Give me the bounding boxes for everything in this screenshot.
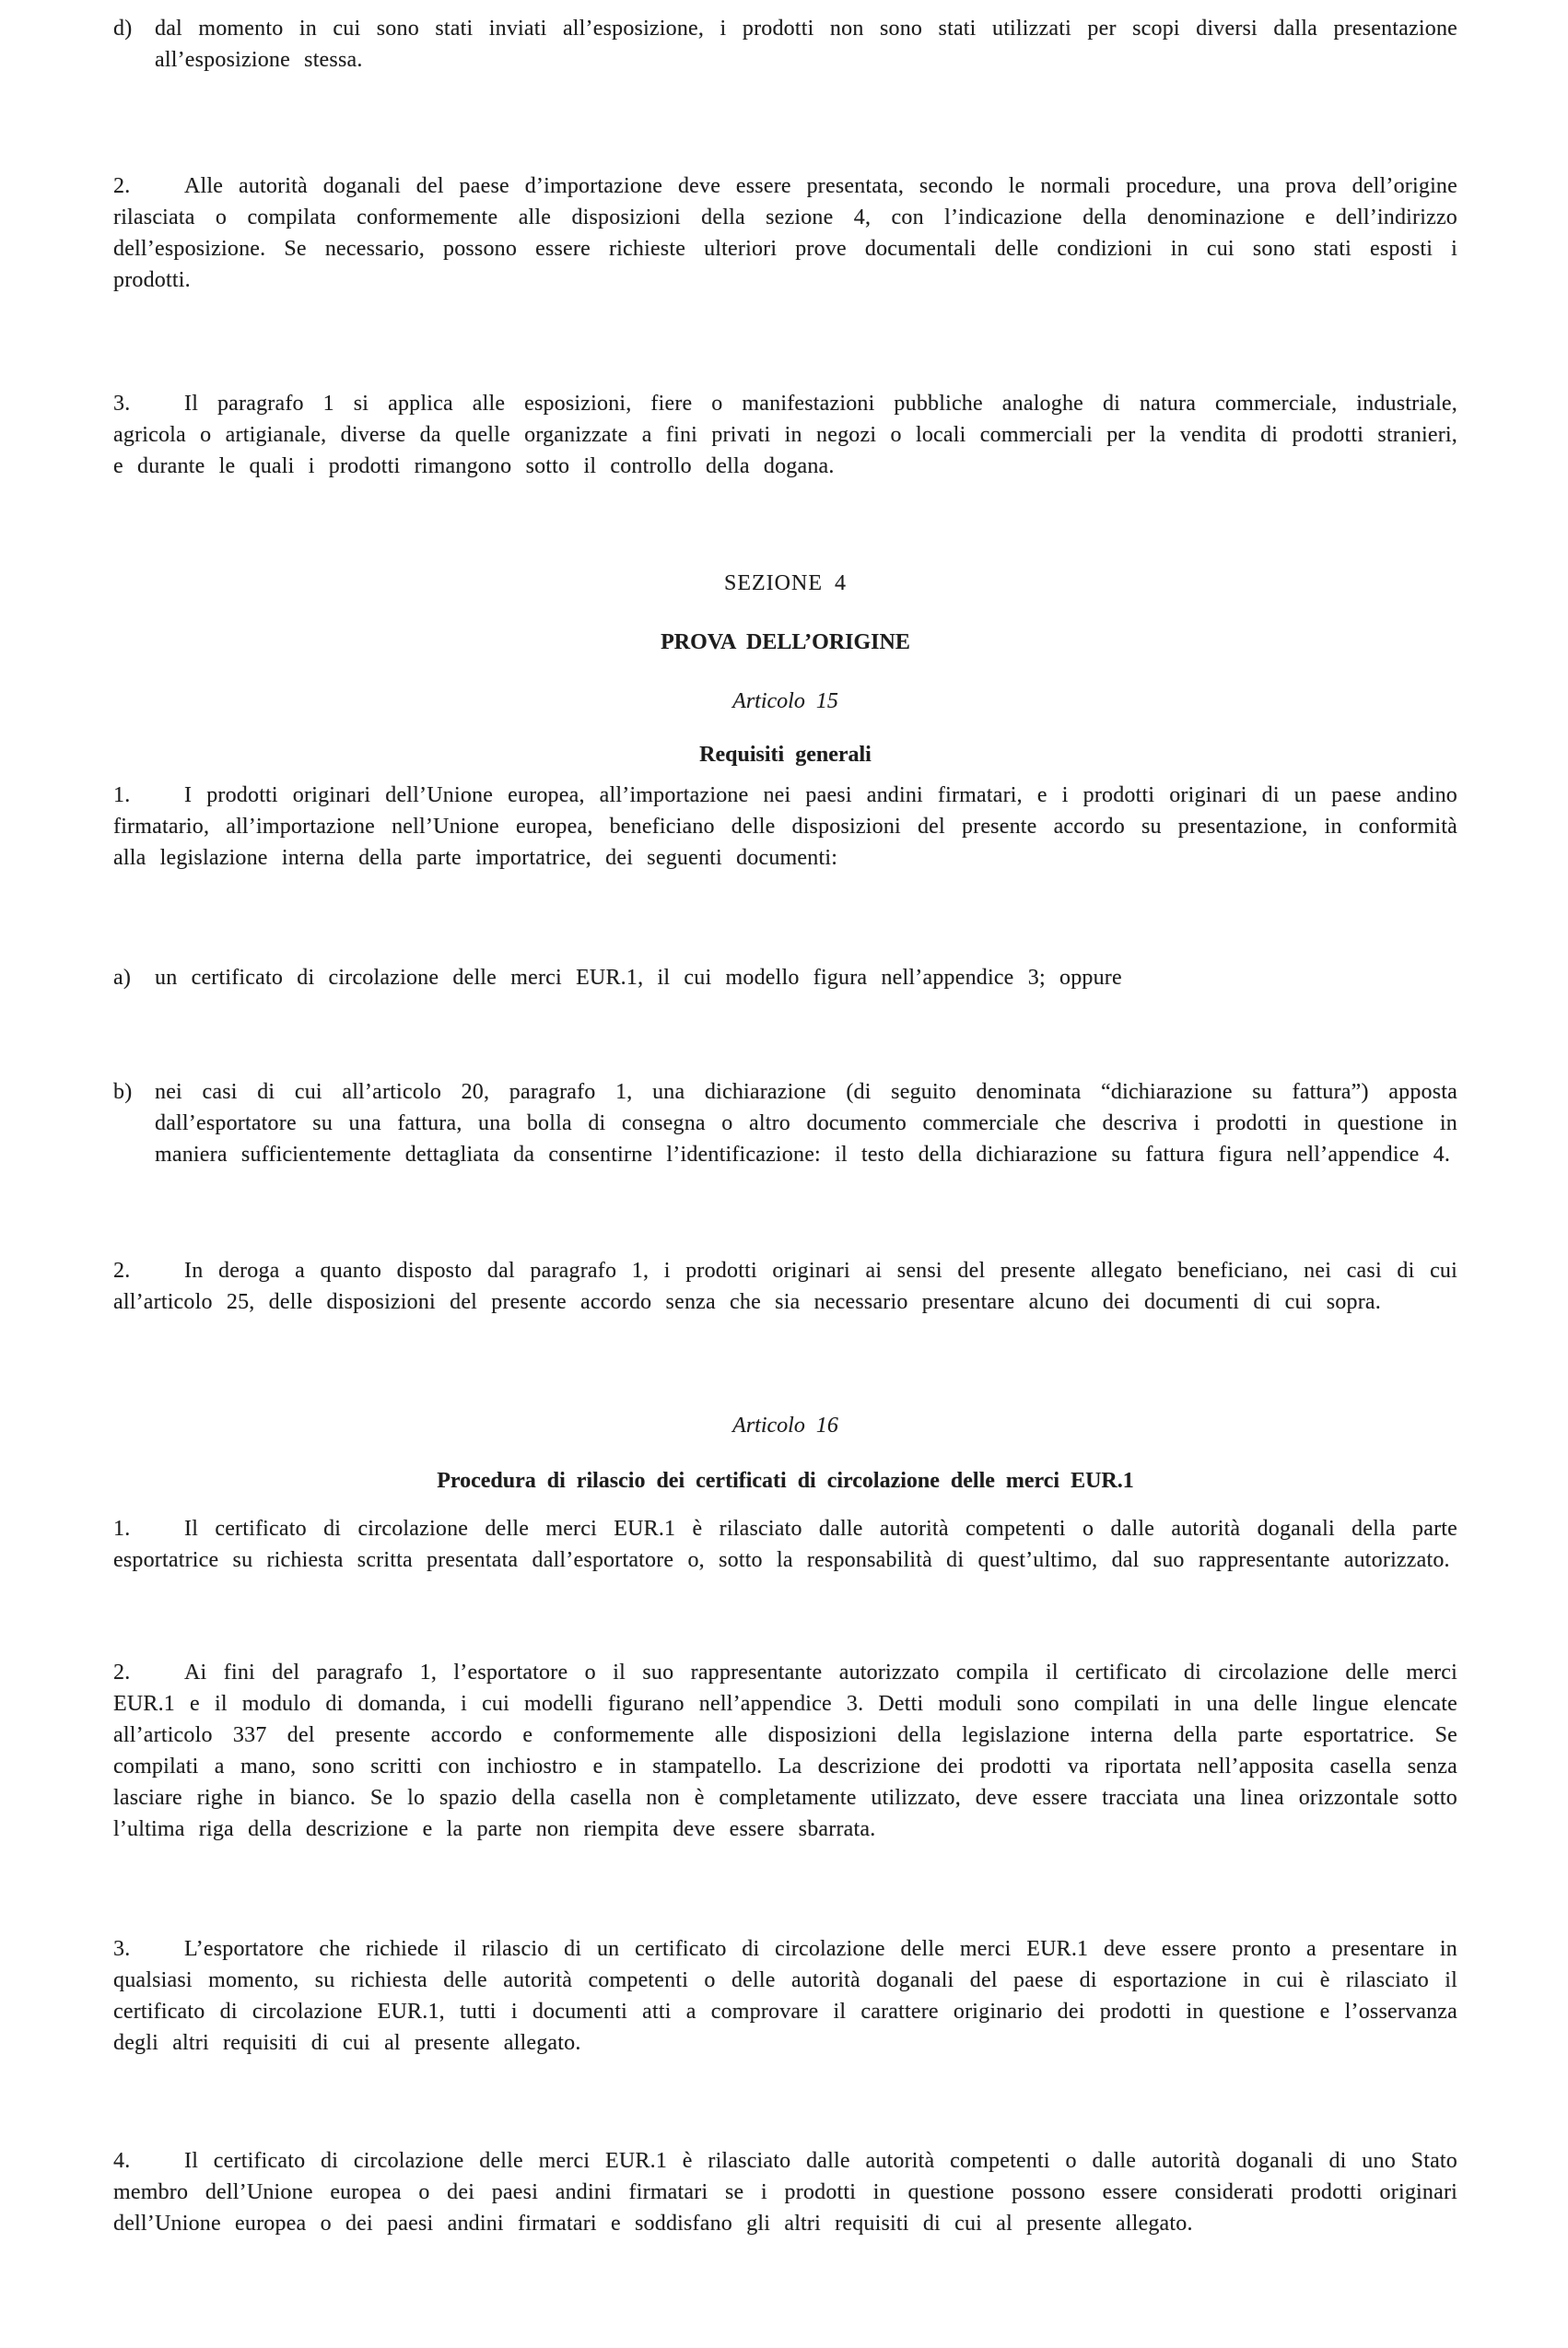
paragraph-text: Il certificato di circolazione delle mer… <box>113 1517 1457 1572</box>
paragraph-number: 2. <box>113 1657 184 1688</box>
paragraph-number: 3. <box>113 388 184 419</box>
paragraph-number: 1. <box>113 1513 184 1544</box>
article-15-title: Requisiti generali <box>113 739 1457 770</box>
paragraph-text: Il certificato di circolazione delle mer… <box>113 2149 1457 2236</box>
list-item-label: d) <box>113 13 155 44</box>
list-item-text: nei casi di cui all’articolo 20, paragra… <box>155 1080 1457 1167</box>
list-item-b: b) nei casi di cui all’articolo 20, para… <box>113 1076 1457 1170</box>
article-16-title: Procedura di rilascio dei certificati di… <box>113 1465 1457 1497</box>
list-item-text: dal momento in cui sono stati inviati al… <box>155 17 1457 72</box>
article-15-paragraph-2: 2.In deroga a quanto disposto dal paragr… <box>113 1255 1457 1318</box>
paragraph-number: 3. <box>113 1933 184 1965</box>
list-item-text: un certificato di circolazione delle mer… <box>155 966 1122 990</box>
paragraph-number: 2. <box>113 170 184 202</box>
paragraph-text: Alle autorità doganali del paese d’impor… <box>113 174 1457 292</box>
paragraph-2: 2.Alle autorità doganali del paese d’imp… <box>113 170 1457 296</box>
article-16-heading: Articolo 16 <box>113 1410 1457 1441</box>
paragraph-text: In deroga a quanto disposto dal paragraf… <box>113 1259 1457 1314</box>
article-15-heading: Articolo 15 <box>113 686 1457 717</box>
document-page: d) dal momento in cui sono stati inviati… <box>0 0 1568 2348</box>
paragraph-3: 3.Il paragrafo 1 si applica alle esposiz… <box>113 388 1457 482</box>
section-title: PROVA DELL’ORIGINE <box>113 627 1457 658</box>
article-16-paragraph-1: 1.Il certificato di circolazione delle m… <box>113 1513 1457 1576</box>
paragraph-number: 1. <box>113 780 184 811</box>
paragraph-text: L’esportatore che richiede il rilascio d… <box>113 1937 1457 2055</box>
paragraph-text: Ai fini del paragrafo 1, l’esportatore o… <box>113 1661 1457 1841</box>
paragraph-number: 4. <box>113 2145 184 2177</box>
list-item-d: d) dal momento in cui sono stati inviati… <box>113 13 1457 76</box>
article-16-paragraph-4: 4.Il certificato di circolazione delle m… <box>113 2145 1457 2239</box>
paragraph-text: I prodotti originari dell’Unione europea… <box>113 783 1457 870</box>
list-item-a: a) un certificato di circolazione delle … <box>113 962 1457 993</box>
article-16-paragraph-2: 2.Ai fini del paragrafo 1, l’esportatore… <box>113 1657 1457 1845</box>
section-kicker: SEZIONE 4 <box>113 568 1457 599</box>
article-15-paragraph-1: 1.I prodotti originari dell’Unione europ… <box>113 780 1457 874</box>
list-item-label: b) <box>113 1076 155 1108</box>
list-item-label: a) <box>113 962 155 993</box>
paragraph-text: Il paragrafo 1 si applica alle esposizio… <box>113 392 1457 478</box>
article-16-paragraph-3: 3.L’esportatore che richiede il rilascio… <box>113 1933 1457 2059</box>
paragraph-number: 2. <box>113 1255 184 1286</box>
